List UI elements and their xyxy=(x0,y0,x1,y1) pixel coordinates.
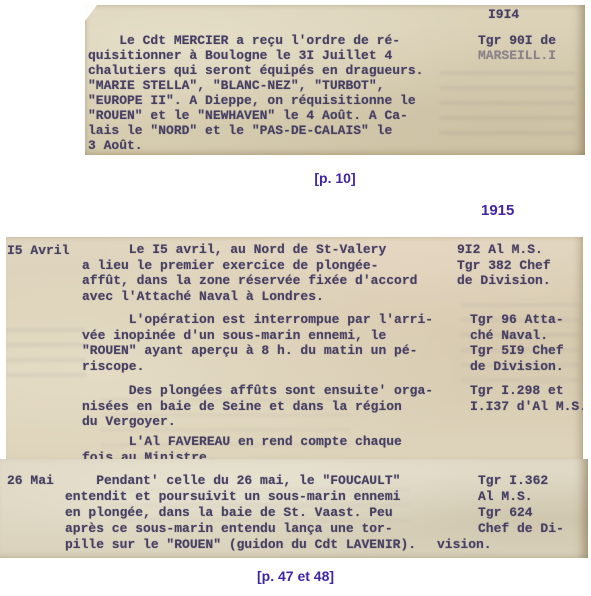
typewritten-line: entendit et poursuivit un sous-marin enn… xyxy=(65,489,416,505)
reference-note-line: de Division. xyxy=(457,273,551,289)
reference-note-line: de Division. xyxy=(470,359,564,375)
reference-note-line: 9I2 Al M.S. xyxy=(457,242,551,258)
typewritten-line: "ROUEN" ayant aperçu à 8 h. du matin un … xyxy=(82,343,433,359)
typewritten-line: chalutiers qui seront équipés en dragueu… xyxy=(88,63,423,78)
typewritten-line: du Vergoyer. xyxy=(82,414,433,430)
reference-note-line: Al M.S. xyxy=(478,489,564,505)
typewritten-line: pille sur le "ROUEN" (guidon du Cdt LAVE… xyxy=(65,537,416,553)
reference-note-line: Tgr 382 Chef xyxy=(457,258,551,274)
reference-note-line: Tgr 96 Atta- xyxy=(470,312,564,328)
reference-note-line: Tgr 5I9 Chef xyxy=(470,343,564,359)
year-heading: 1915 xyxy=(481,202,514,219)
page-corner-fold xyxy=(85,5,97,21)
page-caption: [p. 10] xyxy=(85,170,585,186)
typewritten-line: nisées en baie de Seine et dans la régio… xyxy=(82,399,433,415)
reference-note-line: vision. xyxy=(437,537,564,553)
typewritten-line: fois au Ministre. xyxy=(82,450,402,460)
reference-note-line: I.I37 d'Al M.S. xyxy=(470,399,583,415)
typewritten-line: après ce sous-marin entendu lança une to… xyxy=(65,521,416,537)
typewritten-line: L'opération est interrompue par l'arri- xyxy=(82,312,433,328)
typewritten-line: Des plongées affûts sont ensuite' orga- xyxy=(82,383,433,399)
typewritten-line: Pendant' celle du 26 mai, le "FOUCAULT" xyxy=(65,473,416,489)
scan-fragment-1915-april: I5 Avril Le I5 avril, au Nord de St-Vale… xyxy=(6,237,583,459)
typewritten-line: en plongée, dans la baie de St. Vaast. P… xyxy=(65,505,416,521)
typewritten-line: "MARIE STELLA", "BLANC-NEZ", "TURBOT", xyxy=(88,78,423,93)
typewritten-line: L'Al FAVEREAU en rend compte chaque xyxy=(82,434,402,450)
typewritten-line: affût, dans la zone réservée fixée d'acc… xyxy=(82,273,417,289)
bleed-through-smudge xyxy=(440,60,575,135)
typewritten-line: 3 Août. xyxy=(88,138,423,153)
reference-note-line: Tgr 624 xyxy=(478,505,564,521)
bleed-through-smudge xyxy=(6,322,86,377)
typewritten-line: Le I5 avril, au Nord de St-Valery xyxy=(82,242,417,258)
typewritten-line: a lieu le premier exercice de plongée- xyxy=(82,258,417,274)
scan-fragment-1914: I9I4 Le Cdt MERCIER a reçu l'ordre de ré… xyxy=(85,5,585,155)
document-page: I9I4 Le Cdt MERCIER a reçu l'ordre de ré… xyxy=(0,0,591,596)
scan-fragment-1915-may: 26 Mai Pendant' celle du 26 mai, le "FOU… xyxy=(0,459,588,558)
reference-note-line: Tgr I.362 xyxy=(478,473,564,489)
typewritten-line: Le Cdt MERCIER a reçu l'ordre de ré- xyxy=(88,33,423,48)
typewritten-line: lais le "NORD" et le "PAS-DE-CALAIS" le xyxy=(88,123,423,138)
reference-note-line: Tgr I.298 et xyxy=(470,383,583,399)
typewritten-line: quisitionner à Boulogne le 3I Juillet 4 xyxy=(88,48,423,63)
reference-note-line: Tgr 90I de xyxy=(478,33,556,48)
typewritten-line: avec l'Attaché Naval à Londres. xyxy=(82,289,417,305)
page-caption: [p. 47 et 48] xyxy=(0,568,591,584)
typewritten-line: vée inopinée d'un sous-marin ennemi, le xyxy=(82,328,433,344)
date-label: 26 Mai xyxy=(7,473,54,488)
year-heading-typewritten: I9I4 xyxy=(488,7,519,22)
reference-note-line: MARSEILL.I xyxy=(478,48,556,63)
typewritten-line: "EUROPE II". A Dieppe, on réquisitionne … xyxy=(88,93,423,108)
reference-note-line: ché Naval. xyxy=(470,328,564,344)
reference-note-line: Chef de Di- xyxy=(478,521,564,537)
typewritten-line: riscope. xyxy=(82,359,433,375)
date-label: I5 Avril xyxy=(7,243,69,258)
typewritten-line: "ROUEN" et le "NEWHAVEN" le 4 Août. A Ca… xyxy=(88,108,423,123)
